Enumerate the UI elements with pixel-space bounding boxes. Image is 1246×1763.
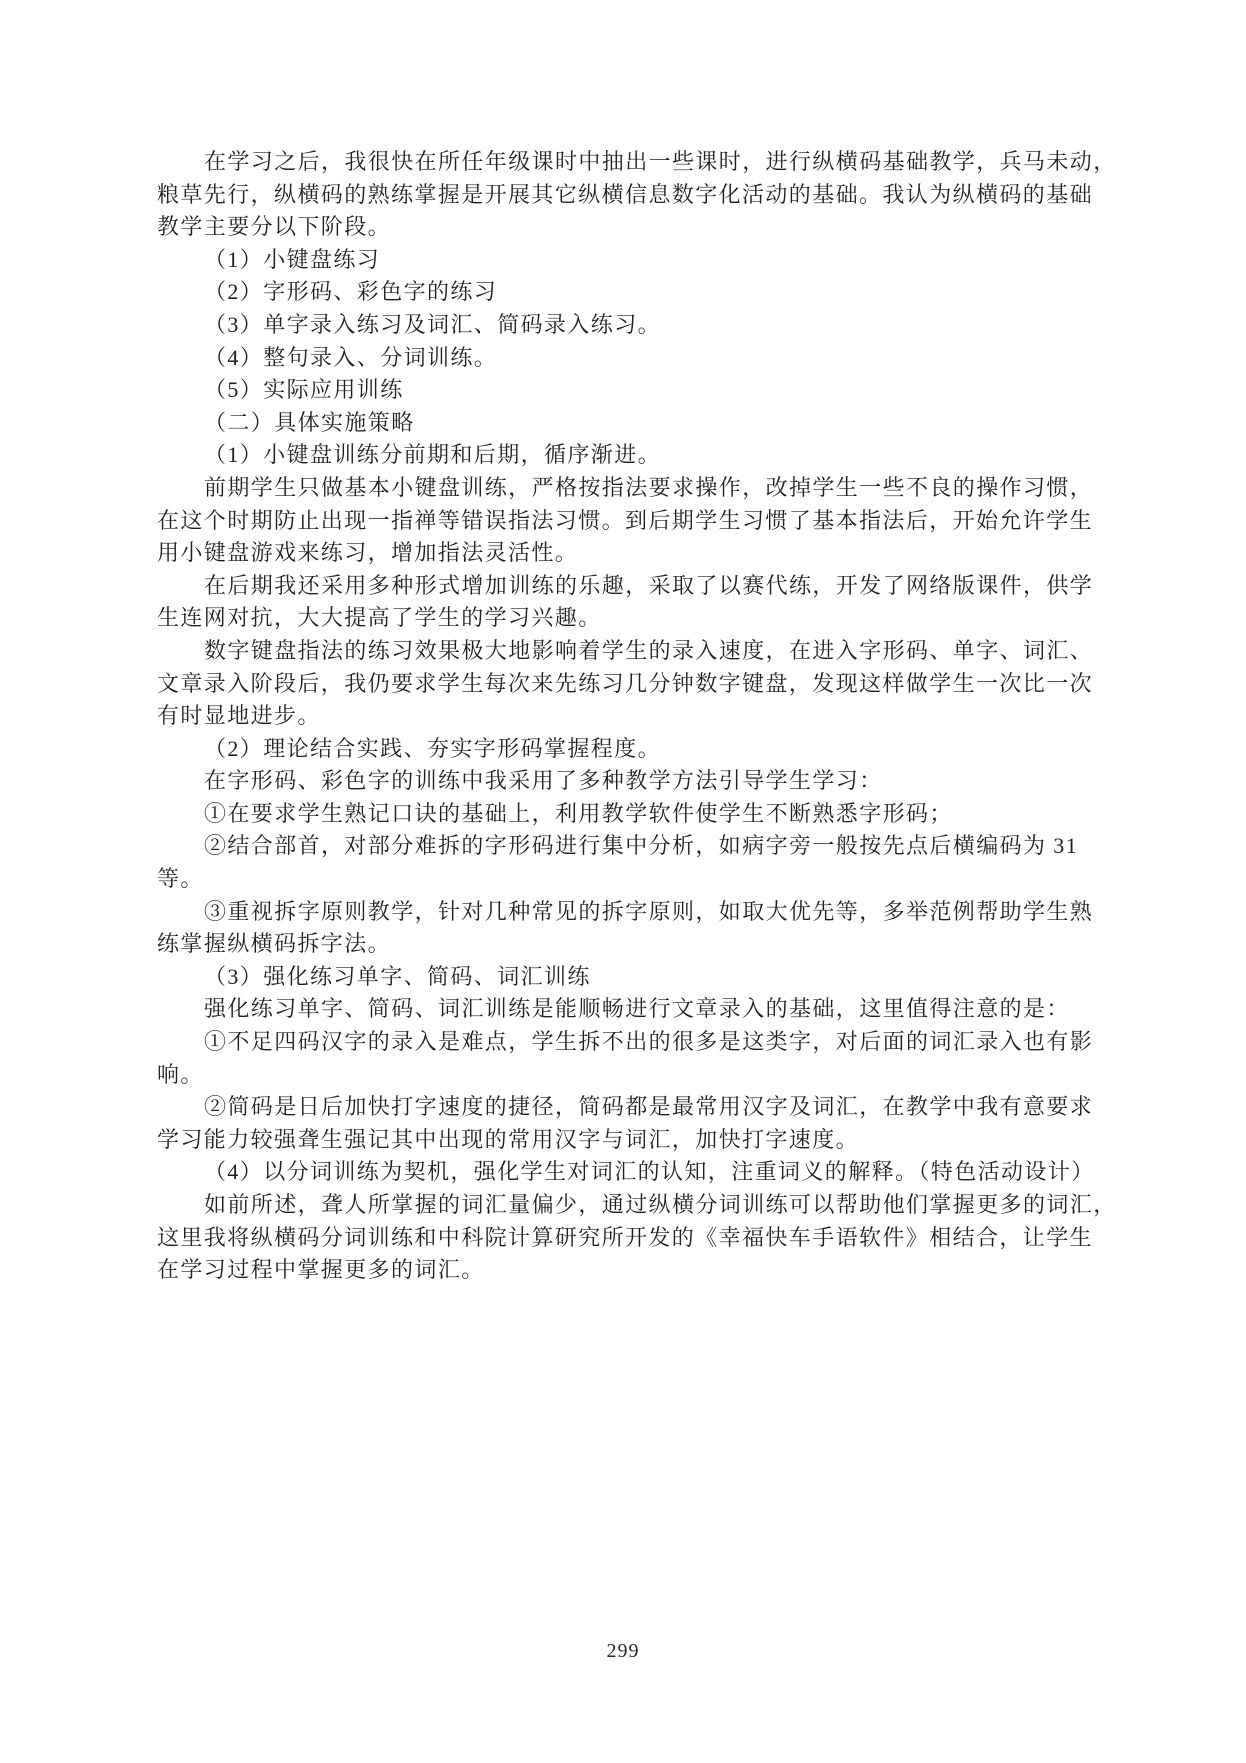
text-line: （1）小键盘练习 — [157, 244, 1117, 277]
text-line: （二）具体实施策略 — [157, 407, 1117, 440]
text-line: 练掌握纵横码拆字法。 — [157, 928, 1117, 961]
text-line: ③重视拆字原则教学，针对几种常见的拆字原则，如取大优先等，多举范例帮助学生熟 — [157, 896, 1117, 929]
text-line: （5）实际应用训练 — [157, 374, 1117, 407]
text-line: 如前所述，聋人所掌握的词汇量偏少，通过纵横分词训练可以帮助他们掌握更多的词汇， — [157, 1189, 1117, 1222]
text-line: 在字形码、彩色字的训练中我采用了多种教学方法引导学生学习： — [157, 765, 1117, 798]
text-line: （4）以分词训练为契机，强化学生对词汇的认知，注重词义的解释。（特色活动设计） — [157, 1156, 1117, 1189]
text-line: 生连网对抗，大大提高了学生的学习兴趣。 — [157, 602, 1117, 635]
text-line: 用小键盘游戏来练习，增加指法灵活性。 — [157, 537, 1117, 570]
text-line: 前期学生只做基本小键盘训练，严格按指法要求操作，改掉学生一些不良的操作习惯， — [157, 472, 1117, 505]
text-line: （1）小键盘训练分前期和后期，循序渐进。 — [157, 439, 1117, 472]
text-line: 粮草先行，纵横码的熟练掌握是开展其它纵横信息数字化活动的基础。我认为纵横码的基础 — [157, 179, 1117, 212]
text-line: ②简码是日后加快打字速度的捷径，简码都是最常用汉字及词汇，在教学中我有意要求 — [157, 1091, 1117, 1124]
text-line: 有时显地进步。 — [157, 700, 1117, 733]
text-line: （3）单字录入练习及词汇、简码录入练习。 — [157, 309, 1117, 342]
text-line: 强化练习单字、简码、词汇训练是能顺畅进行文章录入的基础，这里值得注意的是： — [157, 993, 1117, 1026]
text-line: （3）强化练习单字、简码、词汇训练 — [157, 961, 1117, 994]
text-line: 这里我将纵横码分词训练和中科院计算研究所开发的《幸福快车手语软件》相结合，让学生 — [157, 1222, 1117, 1255]
text-line: （2）字形码、彩色字的练习 — [157, 276, 1117, 309]
text-line: ①不足四码汉字的录入是难点，学生拆不出的很多是这类字，对后面的词汇录入也有影 — [157, 1026, 1117, 1059]
text-line: 学习能力较强聋生强记其中出现的常用汉字与词汇，加快打字速度。 — [157, 1124, 1117, 1157]
document-page: 在学习之后，我很快在所任年级课时中抽出一些课时，进行纵横码基础教学，兵马未动，粮… — [0, 0, 1246, 1763]
text-line: （4）整句录入、分词训练。 — [157, 342, 1117, 375]
text-line: 在后期我还采用多种形式增加训练的乐趣，采取了以赛代练，开发了网络版课件，供学 — [157, 570, 1117, 603]
text-line: 响。 — [157, 1059, 1117, 1092]
text-line: （2）理论结合实践、夯实字形码掌握程度。 — [157, 733, 1117, 766]
text-line: 在学习之后，我很快在所任年级课时中抽出一些课时，进行纵横码基础教学，兵马未动， — [157, 146, 1117, 179]
text-line: 在学习过程中掌握更多的词汇。 — [157, 1254, 1117, 1287]
text-line: 数字键盘指法的练习效果极大地影响着学生的录入速度，在进入字形码、单字、词汇、 — [157, 635, 1117, 668]
text-line: 教学主要分以下阶段。 — [157, 211, 1117, 244]
text-line: ②结合部首，对部分难拆的字形码进行集中分析，如病字旁一般按先点后横编码为 31 — [157, 830, 1117, 863]
text-line: ①在要求学生熟记口诀的基础上，利用教学软件使学生不断熟悉字形码； — [157, 798, 1117, 831]
text-line: 文章录入阶段后，我仍要求学生每次来先练习几分钟数字键盘，发现这样做学生一次比一次 — [157, 668, 1117, 701]
text-line: 在这个时期防止出现一指禅等错误指法习惯。到后期学生习惯了基本指法后，开始允许学生 — [157, 505, 1117, 538]
text-line: 等。 — [157, 863, 1117, 896]
document-body: 在学习之后，我很快在所任年级课时中抽出一些课时，进行纵横码基础教学，兵马未动，粮… — [157, 146, 1117, 1287]
page-number: 299 — [0, 1640, 1246, 1663]
